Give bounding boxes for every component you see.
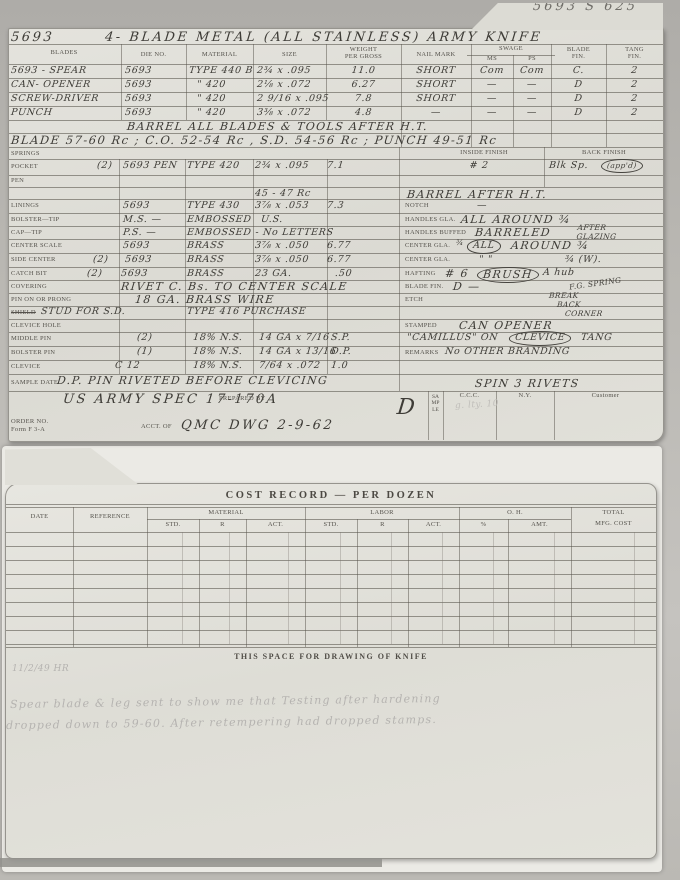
spec-card: 5693 S 625 56934- BLADE METAL (ALL STAIN…: [8, 28, 664, 442]
rows-pocket-wt: 7.1: [327, 161, 345, 171]
rows-pinprong-val: 18 GA. BRASS WIRE: [134, 294, 275, 305]
grid-line: [493, 532, 494, 644]
hdr-amt: AMT.: [508, 522, 571, 529]
inside-finish: INSIDE FINISH: [424, 150, 544, 157]
hdr-ps: PS: [513, 56, 551, 63]
rows-catchbit-size: 23 GA.: [255, 269, 293, 279]
blades-2-bf: D: [551, 94, 607, 104]
grid-line: [6, 630, 656, 631]
rows-pocket-label: POCKET: [11, 164, 38, 171]
rows-bolster-size: U.S.: [261, 215, 284, 225]
rows-bolpin-qty: (1): [137, 347, 154, 357]
hdr-act: ACT.: [246, 522, 305, 529]
rows-catchbit-qty: (2): [87, 269, 104, 279]
blades-1-m: " 420: [197, 80, 227, 90]
hdr-tang2: FIN.: [606, 54, 663, 61]
rows-bolster-mat: EMBOSSED: [187, 215, 253, 225]
grid-line: [554, 532, 555, 644]
rows-pen-right: BARREL AFTER H.T.: [406, 189, 547, 200]
grid-line: [6, 602, 656, 603]
grid-line: [6, 647, 656, 648]
box-c3: Customer: [558, 393, 653, 400]
rows-midpin-size: 14 GA x 7/16: [259, 333, 331, 343]
grid-line: [6, 560, 656, 561]
hdr-size: SIZE: [253, 52, 326, 59]
rows-cscale-label: CENTER SCALE: [11, 243, 62, 250]
box-note: g. lty. 10: [455, 400, 499, 411]
rows-scenter-size: 3⅞ x .050: [255, 255, 310, 265]
rows-clevice-label: CLEVICE: [11, 364, 41, 371]
blades-2-nm: SHORT: [401, 94, 472, 104]
blades-3-s: 3⅜ x .072: [257, 108, 312, 118]
rows-covering-rlabel: BLADE FIN.: [405, 284, 443, 291]
rows-pocket-inside: # 2: [424, 161, 535, 171]
prepared: PREPARED BY: [219, 396, 266, 403]
rows-bolster-label: BOLSTER—TIP: [11, 217, 59, 224]
rows-scenter-qty: (2): [93, 255, 110, 265]
blades-0-d: 5693: [125, 66, 153, 76]
rows-pinprong-label: PIN ON OR PRONG: [11, 297, 71, 304]
rows-covering-val: RIVET C. Bs. TO CENTER SCALE: [120, 281, 348, 292]
rows-midpin-label: MIDDLE PIN: [11, 336, 51, 343]
hdr-weight2: PER GROSS: [326, 54, 401, 61]
rows-clevice-qty: C 12: [115, 361, 141, 371]
rows-midpin-die: 18% N.S.: [193, 333, 244, 343]
grid-line: [428, 391, 429, 440]
rows-sampledate-rval: SPIN 3 RIVETS: [474, 378, 580, 389]
blades-0-m: TYPE 440 B: [189, 66, 254, 76]
cost-record-card: COST RECORD — PER DOZENDATEREFERENCEMATE…: [5, 483, 657, 859]
rows-covering-rnote: F.G. SPRING: [569, 275, 622, 292]
rows-shield-val2: TYPE 416 PURCHASE: [187, 307, 307, 317]
rows-bolpin-wt: D.P.: [331, 347, 353, 357]
rows-clevice-die: 18% N.S.: [193, 361, 244, 371]
hdr-labor: LABOR: [305, 510, 459, 517]
blades-2-m: " 420: [197, 94, 227, 104]
hdr-ms: MS: [471, 56, 513, 63]
hdr-swage: SWAGE: [471, 46, 551, 53]
rows-bolster-rlabel: HANDLES GLA.: [405, 217, 456, 224]
rows-pen-rc: 45 - 47 Rc: [255, 189, 312, 199]
rows-catchbit-rval3: A hub: [543, 268, 576, 278]
rows-bolster-rval: ALL AROUND ¾: [460, 214, 571, 225]
blades-3-ps: —: [513, 108, 552, 118]
rows-catchbit-wt: .50: [335, 269, 353, 279]
rows-linings-die: 5693: [123, 201, 151, 211]
corner-note: 5693 S 625: [532, 0, 638, 13]
grid-line: [508, 519, 509, 647]
rows-pinprong-rlabel: ETCH: [405, 297, 423, 304]
grid-line: [9, 226, 663, 227]
rows-bolpin-rlabel: REMARKS: [405, 350, 439, 357]
rows-scenter-wt: 6.77: [327, 255, 352, 265]
rows-cap-label: CAP—TIP: [11, 230, 42, 237]
order-no: ORDER NO.: [11, 419, 48, 426]
grid-line: [199, 519, 200, 647]
rows-catchbit-rval: # 6: [444, 268, 469, 279]
rows-midpin-rval2: CLEVICE: [508, 331, 572, 346]
blades-3-tf: 2: [606, 108, 664, 118]
grid-line: [6, 616, 656, 617]
blades-3-nm: —: [401, 108, 472, 118]
hdr-r2: R: [357, 522, 408, 529]
note-hardness: BLADE 57-60 Rc ; C.O. 52-54 Rc , S.D. 54…: [10, 135, 497, 147]
box-vert: SAMPLE: [430, 394, 441, 413]
back-finish: BACK FINISH: [554, 150, 654, 157]
hdr-total1: TOTAL: [571, 510, 656, 517]
rows-scenter-die: 5693: [125, 255, 153, 265]
blades-2-n: SCREW-DRIVER: [11, 94, 100, 104]
pencil-l2: dropped down to 59-60. After retempering…: [6, 714, 437, 731]
rows-cscale-die: 5693: [123, 241, 151, 251]
rows-linings-size: 3⅞ x .053: [255, 201, 310, 211]
rows-catchbit-rlabel: HAFTING: [405, 271, 436, 278]
rows-sampledate-label: SAMPLE DATE: [11, 380, 58, 387]
rows-scenter-rval2: ¾ (W).: [565, 255, 603, 265]
rows-scenter-rlabel: CENTER GLA.: [405, 257, 450, 264]
rows-scenter-rval: " ": [479, 255, 494, 265]
rows-sampledate-val: D.P. PIN RIVETED BEFORE CLEVICING: [56, 375, 328, 386]
rows-cap-die: P.S. —: [123, 228, 157, 238]
blades-0-tf: 2: [606, 66, 664, 76]
blades-2-d: 5693: [125, 94, 153, 104]
blades-2-tf: 2: [606, 94, 664, 104]
blades-3-d: 5693: [125, 108, 153, 118]
grid-line: [9, 106, 663, 107]
hdr-r: R: [199, 522, 246, 529]
rows-cscale-rlabel: CENTER GLA.: [405, 243, 450, 250]
grid-line: [9, 319, 663, 320]
blades-1-ps: —: [513, 80, 552, 90]
blades-1-d: 5693: [125, 80, 153, 90]
grid-line: [9, 92, 663, 93]
rows-shield-val: STUD FOR S.D.: [41, 307, 127, 317]
rows-pinprong-rnote3: CORNER: [565, 309, 604, 318]
hdr-nail: NAIL MARK: [401, 52, 471, 59]
springs: SPRINGS: [11, 151, 40, 158]
rows-midpin-qty: (2): [137, 333, 154, 343]
blades-1-tf: 2: [606, 80, 664, 90]
grid-line: [634, 532, 635, 644]
grid-line: [391, 532, 392, 644]
blades-2-w: 7.8: [326, 94, 402, 104]
hdr-act2: ACT.: [408, 522, 459, 529]
blades-0-nm: SHORT: [401, 66, 472, 76]
rows-clevhole-rval: CAN OPENER: [458, 320, 553, 331]
blades-0-n: 5693 - SPEAR: [11, 66, 88, 76]
grid-line: [6, 574, 656, 575]
rows-pocket-size: 2¾ x .095: [255, 161, 310, 171]
grid-line: [408, 519, 409, 647]
rows-linings-rval: —: [477, 201, 488, 211]
sample-d: D: [396, 397, 416, 419]
rows-bolpin-die: 18% N.S.: [193, 347, 244, 357]
blades-2-ms: —: [471, 94, 514, 104]
blades-3-w: 4.8: [326, 108, 402, 118]
rows-cscale-mat: BRASS: [187, 241, 225, 251]
hdr-date: DATE: [6, 514, 73, 521]
grid-line: [119, 159, 120, 374]
grid-line: [9, 64, 663, 65]
rows-pinprong-rnote2: BACK: [557, 300, 582, 309]
hdr-total2: MFG. COST: [571, 521, 656, 528]
rows-linings-mat: TYPE 430: [187, 201, 241, 211]
hdr-ref: REFERENCE: [73, 514, 147, 521]
rows-covering-rval: D —: [452, 281, 481, 292]
blades-0-ps: Com: [513, 66, 552, 76]
hdr-blades: BLADES: [9, 50, 119, 57]
grid-line: [9, 187, 663, 188]
grid-line: [6, 507, 656, 508]
hdr-blade2: FIN.: [551, 54, 606, 61]
grid-line: [73, 507, 74, 647]
rows-pinprong-rnote1: BREAK: [549, 291, 580, 300]
rows-bolpin-rval: No OTHER BRANDING: [445, 347, 571, 357]
rows-clevice-wt: 1.0: [331, 361, 349, 371]
spec-card-tab: 5693 S 625: [471, 3, 663, 30]
blades-3-ms: —: [471, 108, 514, 118]
grid-line: [182, 532, 183, 644]
hdr-pct: %: [459, 522, 508, 529]
grid-line: [6, 588, 656, 589]
rows-catchbit-label: CATCH BIT: [11, 271, 47, 278]
grid-line: [185, 159, 186, 374]
hdr-material: MATERIAL: [147, 510, 305, 517]
rows-bolpin-size: 14 GA x 13/16: [259, 347, 337, 357]
box-c2: N.Y.: [498, 393, 552, 400]
grid-line: [357, 519, 358, 647]
blades-1-n: CAN- OPENER: [11, 80, 92, 90]
grid-line: [399, 147, 400, 391]
grid-line: [6, 504, 656, 505]
blades-2-s: 2 9/16 x .095: [257, 94, 330, 104]
rows-pocket-back: Blk Sp.: [549, 161, 589, 171]
blades-1-nm: SHORT: [401, 80, 472, 90]
rows-midpin-wt: S.P.: [331, 333, 351, 343]
pencil-l1: Spear blade & leg sent to show me that T…: [10, 693, 441, 710]
title-no: 5693: [10, 31, 54, 44]
rows-catchbit-mat: BRASS: [187, 269, 225, 279]
blades-3-bf: D: [551, 108, 607, 118]
rows-cscale-rval2: AROUND ¾: [510, 240, 589, 251]
grid-line: [288, 532, 289, 644]
grid-line: [253, 159, 254, 374]
title: COST RECORD — PER DOZEN: [6, 491, 656, 502]
rows-shield-label: SHIELD: [11, 310, 36, 317]
rows-midpin-rval: "CAMILLUS" ON: [407, 333, 499, 343]
scanned-page: 5693 S 625 56934- BLADE METAL (ALL STAIN…: [0, 0, 680, 880]
grid-line: [229, 532, 230, 644]
rows-cscale-rval: ALL: [466, 239, 501, 254]
scan-shadow: [0, 858, 382, 867]
grid-line: [340, 532, 341, 644]
rows-linings-rlabel: NOTCH: [405, 203, 429, 210]
rows-scenter-mat: BRASS: [187, 255, 225, 265]
grid-line: [442, 532, 443, 644]
grid-line: [571, 507, 572, 647]
rows-catchbit-die: 5693: [121, 269, 149, 279]
rows-cap-mat: EMBOSSED - No LETTERS: [187, 228, 335, 238]
grid-line: [544, 147, 545, 187]
blades-3-m: " 420: [197, 108, 227, 118]
rows-clevhole-rlabel: STAMPED: [405, 323, 437, 330]
blades-1-w: 6.27: [326, 80, 402, 90]
hdr-std2: STD.: [305, 522, 357, 529]
note-barrel: BARREL ALL BLADES & TOOLS AFTER H.T.: [126, 121, 428, 132]
blades-1-bf: D: [551, 80, 607, 90]
acct-val: QMC DWG 2-9-62: [180, 419, 335, 432]
rows-cscale-size: 3⅞ x .050: [255, 241, 310, 251]
grid-line: [443, 391, 444, 440]
rows-pocket-die: 5693 PEN: [123, 161, 178, 171]
rows-bolster-die: M.S. —: [123, 215, 163, 225]
blades-2-ps: —: [513, 94, 552, 104]
rows-catchbit-rval2: BRUSH: [476, 267, 539, 283]
rows-linings-label: LININGS: [11, 203, 39, 210]
drawing-label: THIS SPACE FOR DRAWING OF KNIFE: [6, 653, 656, 661]
rows-cap-rlabel: HANDLES BUFFED: [405, 230, 466, 237]
acct: ACCT. OF: [141, 424, 172, 431]
blades-1-s: 2⅛ x .072: [257, 80, 312, 90]
hdr-oh: O. H.: [459, 510, 571, 517]
rows-clevhole-label: CLEVICE HOLE: [11, 323, 61, 330]
grid-line: [6, 546, 656, 547]
blades-0-bf: C.: [551, 66, 607, 76]
rows-pocket-mat: TYPE 420: [187, 161, 241, 171]
rows-cap-rval: BARRELED: [474, 227, 551, 238]
blades-0-ms: Com: [471, 66, 514, 76]
blades-3-n: PUNCH: [11, 108, 54, 118]
grid-line: [6, 532, 656, 533]
rows-cscale-wt: 6.77: [327, 241, 352, 251]
grid-line: [9, 147, 663, 148]
grid-line: [6, 644, 656, 645]
rows-linings-wt: 7.3: [327, 201, 345, 211]
blades-0-s: 2¾ x .095: [257, 66, 312, 76]
rows-bolpin-label: BOLSTER PIN: [11, 350, 55, 357]
hdr-std: STD.: [147, 522, 199, 529]
blades-1-ms: —: [471, 80, 514, 90]
grid-line: [554, 391, 555, 440]
grid-line: [9, 78, 663, 79]
pencil-l0: 11/2/49 HR: [12, 665, 69, 674]
grid-line: [9, 175, 663, 176]
rows-cscale-rpre: ¾: [456, 238, 465, 247]
rows-scenter-label: SIDE CENTER: [11, 257, 56, 264]
hdr-die: DIE NO.: [121, 52, 186, 59]
rows-pocket-back2: (app'd): [600, 159, 643, 173]
title: 4- BLADE METAL (ALL STAINLESS) ARMY KNIF…: [104, 31, 543, 44]
form: Form F 3-A: [11, 427, 45, 434]
rows-pen-label: PEN: [11, 178, 24, 185]
rows-pocket-qty: (2): [97, 161, 114, 171]
grid-line: [246, 519, 247, 647]
hdr-material: MATERIAL: [186, 52, 253, 59]
rows-covering-label: COVERING: [11, 284, 47, 291]
blades-0-w: 11.0: [326, 66, 402, 76]
rows-clevice-size: 7/64 x .072: [259, 361, 322, 371]
rows-midpin-rval3: TANG: [581, 333, 613, 343]
